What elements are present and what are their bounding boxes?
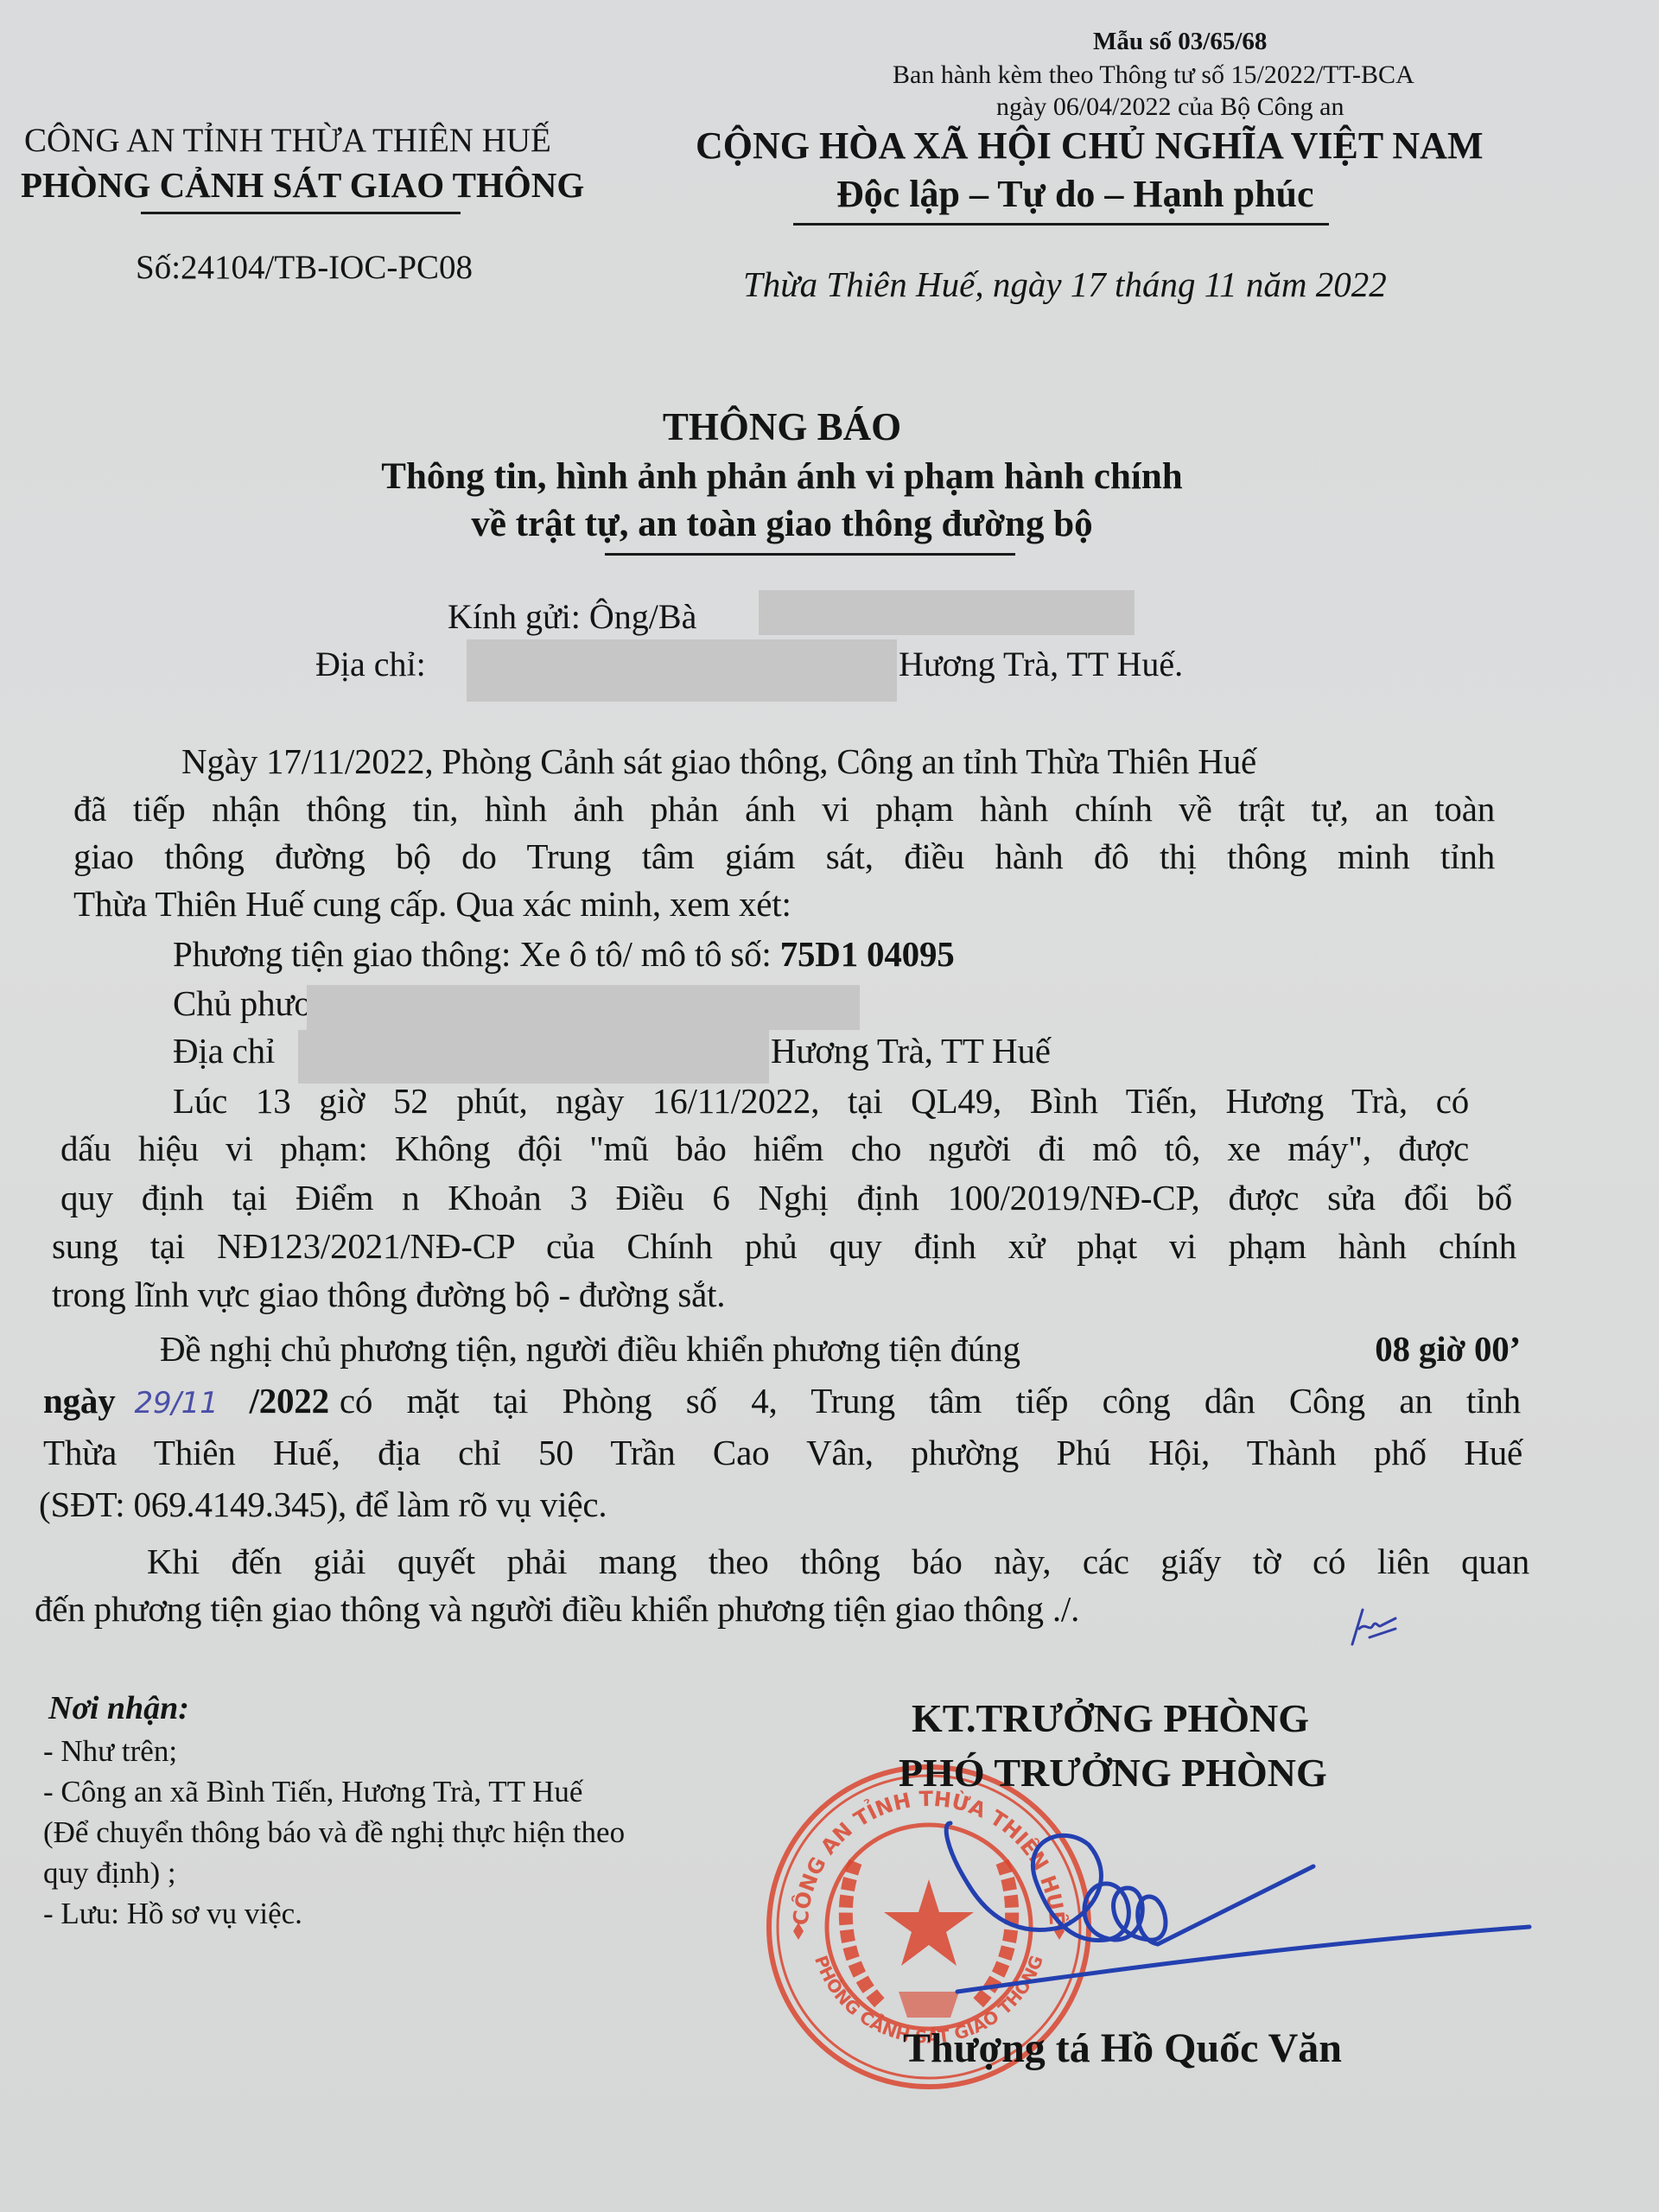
appointment-year: /2022: [250, 1380, 329, 1421]
redacted-owner-name: [307, 985, 860, 1030]
redacted-address: [467, 639, 897, 702]
agency-parent: CÔNG AN TỈNH THỪA THIÊN HUẾ: [24, 121, 551, 160]
recipients-list-item: - Lưu: Hồ sơ vụ việc.: [43, 1897, 302, 1931]
para2-line: trong lĩnh vực giao thông đường bộ - đườ…: [52, 1274, 725, 1315]
national-title: CỘNG HÒA XÃ HỘI CHỦ NGHĨA VIỆT NAM: [696, 124, 1483, 168]
form-basis-line1: Ban hành kèm theo Thông tư số 15/2022/TT…: [893, 60, 1414, 90]
form-number: Mẫu số 03/65/68: [1093, 28, 1267, 56]
address-label: Địa chỉ:: [315, 644, 426, 684]
place-date: Thừa Thiên Huế, ngày 17 tháng 11 năm 202…: [743, 264, 1387, 305]
agency-underline-divider: [141, 212, 461, 214]
para4-line: Khi đến giải quyết phải mang theo thông …: [147, 1541, 1529, 1582]
recipients-list-item: - Công an xã Bình Tiến, Hương Trà, TT Hu…: [43, 1775, 582, 1809]
redacted-addressee-name: [759, 590, 1135, 635]
para2-line: sung tại NĐ123/2021/NĐ-CP của Chính phủ …: [52, 1225, 1516, 1267]
para2-line: dấu hiệu vi phạm: Không đội "mũ bảo hiểm…: [60, 1128, 1469, 1169]
addressee-label: Kính gửi: Ông/Bà: [448, 596, 696, 637]
signer-name: Thượng tá Hồ Quốc Văn: [903, 2024, 1342, 2072]
handwritten-initials-icon: [1344, 1603, 1404, 1646]
vehicle-plate: 75D1 04095: [780, 934, 955, 974]
owner-address-label: Địa chỉ: [173, 1030, 275, 1071]
national-motto: Độc lập – Tự do – Hạnh phúc: [836, 172, 1314, 216]
owner-address-tail: Hương Trà, TT Huế: [771, 1030, 1051, 1071]
para3-line2-suffix: có mặt tại Phòng số 4, Trung tâm tiếp cô…: [340, 1380, 1521, 1421]
appointment-time: 08 giờ 00’: [1375, 1328, 1521, 1370]
para2-line: quy định tại Điểm n Khoản 3 Điều 6 Nghị …: [60, 1177, 1512, 1218]
agency-name: PHÒNG CẢNH SÁT GIAO THÔNG: [21, 164, 584, 206]
para3-prefix: Đề nghị chủ phương tiện, người điều khiể…: [160, 1328, 1020, 1370]
appointment-day-label: ngày: [43, 1380, 116, 1421]
vehicle-line: Phương tiện giao thông: Xe ô tô/ mô tô s…: [173, 933, 955, 975]
document-title: THÔNG BÁO: [0, 404, 1564, 449]
signature-role-line1: KT.TRƯỞNG PHÒNG: [912, 1695, 1309, 1741]
address-tail: Hương Trà, TT Huế.: [899, 644, 1183, 684]
para1-line: giao thông đường bộ do Trung tâm giám sá…: [73, 836, 1495, 877]
vehicle-label: Phương tiện giao thông: Xe ô tô/ mô tô s…: [173, 934, 772, 974]
motto-underline-divider: [793, 223, 1329, 226]
form-basis-line2: ngày 06/04/2022 của Bộ Công an: [996, 92, 1344, 122]
title-underline-divider: [605, 553, 1015, 556]
document-number: Số:24104/TB-IOC-PC08: [136, 248, 473, 287]
para1-line: đã tiếp nhận thông tin, hình ảnh phản án…: [73, 788, 1495, 829]
para3-line1: Đề nghị chủ phương tiện, người điều khiể…: [160, 1328, 1521, 1370]
document-subtitle-line1: Thông tin, hình ảnh phản ánh vi phạm hàn…: [0, 455, 1564, 498]
para3-line3: Thừa Thiên Huế, địa chỉ 50 Trần Cao Vân,…: [43, 1432, 1522, 1473]
handwritten-appointment-date: 29/11: [135, 1386, 219, 1421]
document-subtitle-line2: về trật tự, an toàn giao thông đường bộ: [0, 503, 1564, 545]
recipients-list-item: - Như trên;: [43, 1734, 177, 1769]
para1-line: Ngày 17/11/2022, Phòng Cảnh sát giao thô…: [181, 741, 1493, 782]
para3-line4: (SĐT: 069.4149.345), để làm rõ vụ việc.: [39, 1484, 607, 1525]
recipients-list-item: quy định) ;: [43, 1856, 176, 1891]
recipients-list-title: Nơi nhận:: [48, 1689, 189, 1727]
redacted-owner-address: [298, 1030, 769, 1084]
recipients-list-item: (Để chuyển thông báo và đề nghị thực hiệ…: [43, 1815, 625, 1850]
para1-line: Thừa Thiên Huế cung cấp. Qua xác minh, x…: [73, 883, 791, 925]
para4-line: đến phương tiện giao thông và người điều…: [35, 1588, 1079, 1630]
para2-line: Lúc 13 giờ 52 phút, ngày 16/11/2022, tại…: [173, 1080, 1469, 1122]
signature-role-line2: PHÓ TRƯỞNG PHÒNG: [899, 1750, 1327, 1796]
handwritten-signature-icon: [864, 1815, 1538, 2013]
para3-line2: ngày 29/11 /2022 có mặt tại Phòng số 4, …: [43, 1380, 1521, 1421]
